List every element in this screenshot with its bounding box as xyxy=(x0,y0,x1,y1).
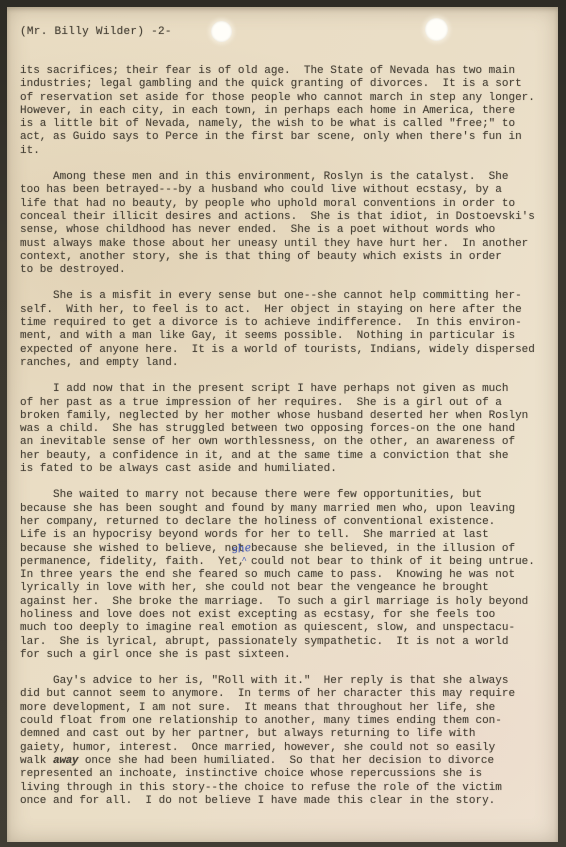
paragraph-2: Among these men and in this environment,… xyxy=(20,171,552,277)
paragraph-3: She is a misfit in every sense but one--… xyxy=(20,290,552,370)
paragraph-6: Gay's advice to her is, "Roll with it." … xyxy=(20,675,552,808)
page-header: (Mr. Billy Wilder) -2- xyxy=(20,26,172,38)
document-body: its sacrifices; their fear is of old age… xyxy=(20,65,552,821)
paragraph-6-text-before: Gay's advice to her is, "Roll with it." … xyxy=(20,675,515,767)
photo-frame: (Mr. Billy Wilder) -2- its sacrifices; t… xyxy=(0,0,566,847)
overtyped-word: away xyxy=(53,755,78,767)
paragraph-5-text-after: could not bear to think of it being untr… xyxy=(20,556,535,661)
paragraph-5: She waited to marry not because there we… xyxy=(20,489,552,662)
caret-mark: ^ xyxy=(241,555,246,568)
document-page: (Mr. Billy Wilder) -2- its sacrifices; t… xyxy=(7,7,558,842)
hole-punch-left xyxy=(211,21,232,42)
hole-punch-right xyxy=(425,18,448,41)
paragraph-6-text-after: once she had been humiliated. So that he… xyxy=(20,755,502,807)
paragraph-1: its sacrifices; their fear is of old age… xyxy=(20,65,552,158)
paragraph-4: I add now that in the present script I h… xyxy=(20,383,552,476)
